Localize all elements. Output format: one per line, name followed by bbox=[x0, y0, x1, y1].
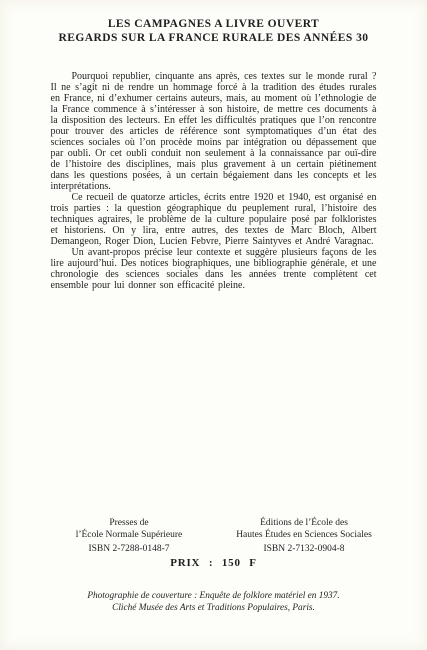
credit-line-1: Photographie de couverture : Enquête de … bbox=[0, 591, 427, 603]
book-title-line-1: LES CAMPAGNES A LIVRE OUVERT bbox=[0, 17, 427, 31]
blurb-text: Pourquoi republier, cinquante ans après,… bbox=[51, 71, 377, 291]
book-back-cover-page: LES CAMPAGNES A LIVRE OUVERT REGARDS SUR… bbox=[0, 0, 427, 650]
title-block: LES CAMPAGNES A LIVRE OUVERT REGARDS SUR… bbox=[0, 0, 427, 45]
publisher-right-name-line-1: Éditions de l’École des bbox=[199, 517, 409, 529]
publishers-row: Presses de l’École Normale Supérieure IS… bbox=[0, 517, 427, 557]
cover-photo-credits: Photographie de couverture : Enquête de … bbox=[0, 591, 427, 614]
publisher-right-isbn: ISBN 2-7132-0904-8 bbox=[199, 543, 409, 555]
publisher-right-block: Éditions de l’École des Hautes Études en… bbox=[199, 517, 409, 555]
book-title-line-2: REGARDS SUR LA FRANCE RURALE DES ANNÉES … bbox=[0, 31, 427, 45]
publisher-right-name-line-2: Hautes Études en Sciences Sociales bbox=[199, 529, 409, 541]
blurb-paragraph-3: Un avant-propos précise leur contexte et… bbox=[51, 247, 377, 291]
blurb-paragraph-1: Pourquoi republier, cinquante ans après,… bbox=[51, 71, 377, 192]
price-line: PRIX : 150 F bbox=[0, 557, 427, 569]
credit-line-2: Cliché Musée des Arts et Traditions Popu… bbox=[0, 603, 427, 615]
blurb-paragraph-2: Ce recueil de quatorze articles, écrits … bbox=[51, 192, 377, 247]
